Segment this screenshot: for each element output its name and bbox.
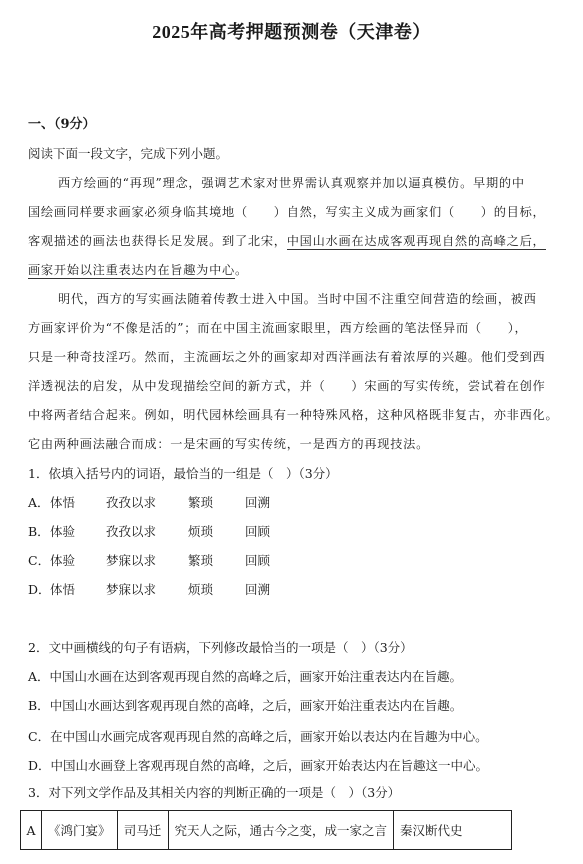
option-cell: 回顾 (245, 553, 270, 569)
table-row[interactable]: A 《鸿门宴》 司马迁 究天人之际，通古今之变，成一家之言 秦汉断代史 (21, 811, 512, 850)
option-cell: 体验 (50, 553, 75, 569)
question-1-stem: 1．依填入括号内的词语，最恰当的一组是（ ）（3分） (28, 466, 338, 482)
option-label: C． (28, 729, 50, 744)
passage-line: 明代，西方的写实画法随着传教士进入中国。当时中国不注重空间营造的绘画，被西 (58, 291, 537, 307)
question-2-option-c[interactable]: C．在中国山水画完成客观再现自然的高峰之后，画家开始以表达内在旨趣为中心。 (28, 729, 488, 745)
option-cell: 回溯 (245, 582, 270, 598)
option-cell: 回溯 (245, 495, 270, 511)
underlined-sentence: 中国山水画在达成客观再现自然的高峰之后， (287, 234, 546, 250)
passage-line: 国绘画同样要求画家必须身临其境地（ ）自然，写实主义成为画家们（ ）的目标， (28, 204, 546, 220)
passage-line: 只是一种奇技淫巧。然而，主流画坛之外的画家却对西洋画法有着浓厚的兴趣。他们受到西 (28, 349, 546, 365)
table-cell-work: 《鸿门宴》 (42, 811, 118, 850)
question-3-stem: 3．对下列文学作品及其相关内容的判断正确的一项是（ ）（3分） (28, 785, 400, 801)
option-text: 在中国山水画完成客观再现自然的高峰之后，画家开始以表达内在旨趣为中心。 (50, 729, 488, 744)
question-2-option-b[interactable]: B．中国山水画达到客观再现自然的高峰，之后，画家开始注重表达内在旨趣。 (28, 698, 462, 714)
option-cell: 烦琐 (188, 582, 213, 598)
option-label: D． (28, 758, 51, 773)
option-label: A． (28, 495, 50, 511)
option-text: 中国山水画在达到客观再现自然的高峰之后，画家开始注重表达内在旨趣。 (50, 669, 463, 684)
option-label: B． (28, 524, 50, 540)
table-cell-author: 司马迁 (117, 811, 168, 850)
option-cell: 体悟 (50, 495, 75, 511)
passage-line: 客观描述的画法也获得长足发展。到了北宋，中国山水画在达成客观再现自然的高峰之后， (28, 233, 546, 249)
table-cell-option: A (21, 811, 42, 850)
option-cell: 孜孜以求 (106, 524, 156, 540)
section-instruction: 阅读下面一段文字，完成下列小题。 (28, 146, 228, 162)
passage-line: 它由两种画法融合而成：一是宋画的写实传统，一是西方的再现技法。 (28, 436, 429, 452)
passage-line: 中将两者结合起来。例如，明代园林绘画具有一种特殊风格，这种风格既非复古，亦非西化… (28, 407, 558, 423)
table-cell-quote: 究天人之际，通古今之变，成一家之言 (168, 811, 394, 850)
option-cell: 繁琐 (188, 495, 213, 511)
option-label: A． (28, 669, 50, 684)
passage-line: 画家开始以注重表达内在旨趣为中心。 (28, 262, 248, 278)
option-cell: 梦寐以求 (106, 553, 156, 569)
literature-table: A 《鸿门宴》 司马迁 究天人之际，通古今之变，成一家之言 秦汉断代史 (20, 810, 512, 850)
passage-text: 。 (235, 263, 248, 277)
option-label: D． (28, 582, 51, 598)
option-label: C． (28, 553, 50, 569)
passage-line: 西方绘画的“再现”理念，强调艺术家对世界需认真观察并加以逼真模仿。早期的中 (58, 175, 525, 191)
option-cell: 体验 (50, 524, 75, 540)
underlined-sentence: 画家开始以注重表达内在旨趣为中心 (28, 263, 235, 279)
passage-text: 客观描述的画法也获得长足发展。到了北宋， (28, 234, 287, 248)
option-cell: 体悟 (50, 582, 75, 598)
option-text: 中国山水画达到客观再现自然的高峰，之后，画家开始注重表达内在旨趣。 (50, 698, 463, 713)
question-2-stem: 2．文中画横线的句子有语病，下列修改最恰当的一项是（ ）（3分） (28, 640, 413, 656)
option-cell: 孜孜以求 (106, 495, 156, 511)
option-cell: 烦琐 (188, 524, 213, 540)
option-cell: 梦寐以求 (106, 582, 156, 598)
option-label: B． (28, 698, 50, 713)
passage-line: 方画家评价为“不像是活的”；而在中国主流画家眼里，西方绘画的笔法怪异而（ ）， (28, 320, 528, 336)
section-heading: 一、（9分） (28, 117, 96, 133)
option-text: 中国山水画登上客观再现自然的高峰，之后，画家开始表达内在旨趣这一中心。 (51, 758, 489, 773)
page-title: 2025年高考押题预测卷（天津卷） (0, 18, 583, 44)
option-cell: 回顾 (245, 524, 270, 540)
option-cell: 繁琐 (188, 553, 213, 569)
table-cell-genre: 秦汉断代史 (394, 811, 512, 850)
question-2-option-a[interactable]: A．中国山水画在达到客观再现自然的高峰之后，画家开始注重表达内在旨趣。 (28, 669, 462, 685)
question-2-option-d[interactable]: D．中国山水画登上客观再现自然的高峰，之后，画家开始表达内在旨趣这一中心。 (28, 758, 488, 774)
passage-line: 洋透视法的启发，从中发现描绘空间的新方式，并（ ）宋画的写实传统，尝试着在创作 (28, 378, 546, 394)
